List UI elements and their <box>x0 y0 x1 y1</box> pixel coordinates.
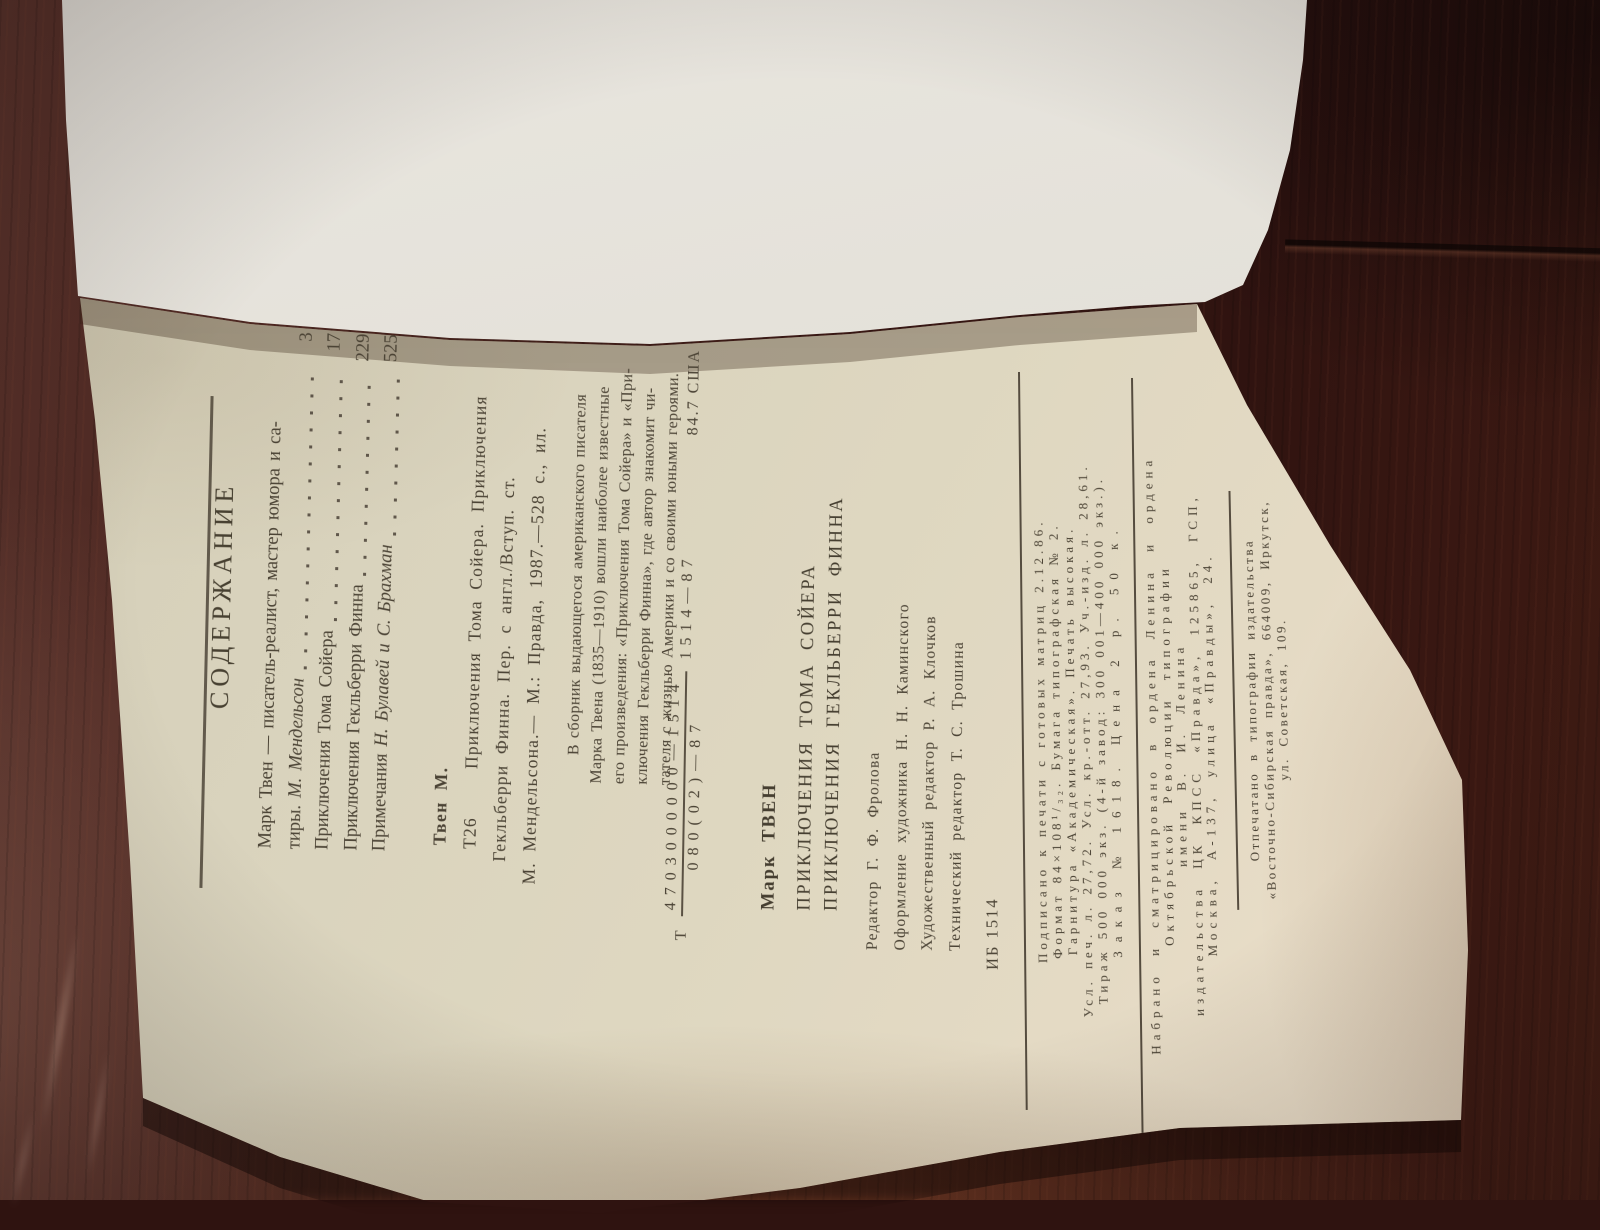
catalog-index-code: Т26 <box>454 769 486 850</box>
print-data-block: Подписано к печати с готовых матриц 2.12… <box>1018 371 1127 1110</box>
toc-leader-dots <box>304 377 314 669</box>
udc-fraction: 4703000000—1514 080(02)—87 <box>662 671 706 917</box>
toc-page-number: 17 <box>320 333 349 370</box>
udc-suffix: 1514—87 <box>678 553 698 659</box>
table-of-contents: СОДЕРЖАНИЕ Марк Твен — писатель-реалист,… <box>199 330 406 865</box>
staff-line: Оформление художника Н. Н. Каминского <box>886 545 918 950</box>
typesetting-house-block: Набрано и сматрицировано в ордена Ленина… <box>1131 377 1223 1133</box>
toc-leader-dots <box>393 380 400 536</box>
classification-codes: Т 4703000000—1514 080(02)—87 1514—87 84.… <box>662 345 762 941</box>
toc-entry-text: тиры. М. Мендельсон <box>280 678 313 850</box>
book-photo-scene: СОДЕРЖАНИЕ Марк Твен — писатель-реалист,… <box>0 0 1600 1200</box>
book-author: Марк ТВЕН <box>755 440 789 910</box>
toc-leader-dots <box>333 378 342 621</box>
udc-prefix: Т <box>673 928 691 940</box>
udc-denominator: 080(02)—87 <box>683 672 706 917</box>
catalog-card-entry: Твен М. Т26Приключения Тома Сойера. Прик… <box>423 330 557 893</box>
staff-line: Редактор Г. Ф. Фролова <box>859 545 891 950</box>
editorial-staff-block: Редактор Г. Ф. Фролова Оформление художн… <box>859 545 973 951</box>
toc-page-number: 229 <box>349 333 378 370</box>
staff-line: Технический редактор Т. С. Трошина <box>941 546 973 951</box>
udc-index: Т 4703000000—1514 080(02)—87 1514—87 <box>662 553 709 940</box>
toc-leader-dots <box>363 379 371 576</box>
toc-page-number: 525 <box>377 334 406 371</box>
title-block: Марк ТВЕН ПРИКЛЮЧЕНИЯ ТОМА СОЙЕРА ПРИКЛЮ… <box>755 440 852 911</box>
toc-page-number: 3 <box>292 332 321 369</box>
staff-line: Художественный редактор Р. А. Клочков <box>914 546 946 951</box>
printing-house-block: Отпечатано в типографии издательства «Во… <box>1228 467 1295 933</box>
bbk-index: 84.7 США <box>684 349 704 436</box>
ib-number: ИБ 1514 <box>982 860 1003 970</box>
